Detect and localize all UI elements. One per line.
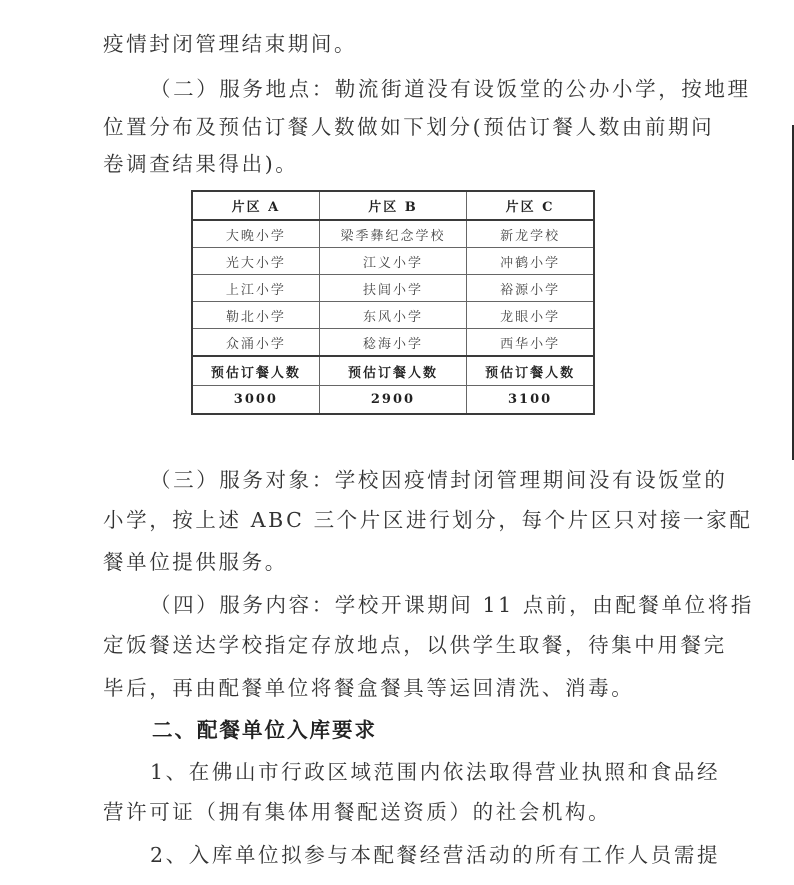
table-cell: 光大小学: [192, 248, 319, 275]
summary-value-b: 2900: [319, 386, 466, 415]
paragraph-line: 小学，按上述 ABC 三个片区进行划分，每个片区只对接一家配: [103, 506, 693, 534]
table-row: 众涌小学 稔海小学 西华小学: [192, 329, 594, 357]
paragraph-line: （四）服务内容：学校开课期间 11 点前，由配餐单位将指: [150, 591, 740, 619]
zone-table: 片区 A 片区 B 片区 C 大晚小学 梁季彝纪念学校 新龙学校 光大小学 江义…: [191, 190, 595, 415]
table-cell: 稔海小学: [319, 329, 466, 357]
table-cell: 西华小学: [467, 329, 594, 357]
summary-label-row: 预估订餐人数 预估订餐人数 预估订餐人数: [192, 356, 594, 386]
table-row: 勒北小学 东风小学 龙眼小学: [192, 302, 594, 329]
table-cell: 梁季彝纪念学校: [319, 220, 466, 248]
paragraph-line: 位置分布及预估订餐人数做如下划分(预估订餐人数由前期问: [103, 113, 693, 141]
table-cell: 众涌小学: [192, 329, 319, 357]
table-cell: 大晚小学: [192, 220, 319, 248]
header-zone-c: 片区 C: [467, 191, 594, 220]
paragraph-line: 卷调查结果得出)。: [103, 150, 693, 178]
paragraph-line: 餐单位提供服务。: [103, 548, 693, 576]
header-zone-a: 片区 A: [192, 191, 319, 220]
summary-label-cell: 预估订餐人数: [192, 356, 319, 386]
paragraph-line: （三）服务对象：学校因疫情封闭管理期间没有设饭堂的: [150, 466, 740, 494]
summary-label-cell: 预估订餐人数: [467, 356, 594, 386]
table-cell: 上江小学: [192, 275, 319, 302]
header-zone-b: 片区 B: [319, 191, 466, 220]
table-row: 光大小学 江义小学 冲鹤小学: [192, 248, 594, 275]
paragraph-line: 1、在佛山市行政区域范围内依法取得营业执照和食品经: [150, 758, 740, 786]
summary-value-c: 3100: [467, 386, 594, 415]
table-cell: 扶闾小学: [319, 275, 466, 302]
table-cell: 新龙学校: [467, 220, 594, 248]
table-cell: 裕源小学: [467, 275, 594, 302]
paragraph-line: 毕后，再由配餐单位将餐盒餐具等运回清洗、消毒。: [103, 674, 693, 702]
table-cell: 东风小学: [319, 302, 466, 329]
table-cell: 龙眼小学: [467, 302, 594, 329]
section-heading: 二、配餐单位入库要求: [152, 716, 742, 744]
summary-value-a: 3000: [192, 386, 319, 415]
paragraph-line: 定饭餐送达学校指定存放地点，以供学生取餐，待集中用餐完: [103, 631, 693, 659]
table-cell: 江义小学: [319, 248, 466, 275]
summary-label-cell: 预估订餐人数: [319, 356, 466, 386]
summary-value-row: 3000 2900 3100: [192, 386, 594, 415]
document-page: 疫情封闭管理结束期间。 （二）服务地点：勒流街道没有设饭堂的公办小学，按地理 位…: [0, 0, 794, 885]
paragraph-line: 2、入库单位拟参与本配餐经营活动的所有工作人员需提: [150, 841, 740, 869]
table-row: 大晚小学 梁季彝纪念学校 新龙学校: [192, 220, 594, 248]
paragraph-line: 营许可证（拥有集体用餐配送资质）的社会机构。: [103, 798, 693, 826]
table-cell: 冲鹤小学: [467, 248, 594, 275]
paragraph-line: （二）服务地点：勒流街道没有设饭堂的公办小学，按地理: [150, 75, 740, 103]
paragraph-line: 疫情封闭管理结束期间。: [103, 30, 693, 58]
table-header-row: 片区 A 片区 B 片区 C: [192, 191, 594, 220]
table-cell: 勒北小学: [192, 302, 319, 329]
table-row: 上江小学 扶闾小学 裕源小学: [192, 275, 594, 302]
